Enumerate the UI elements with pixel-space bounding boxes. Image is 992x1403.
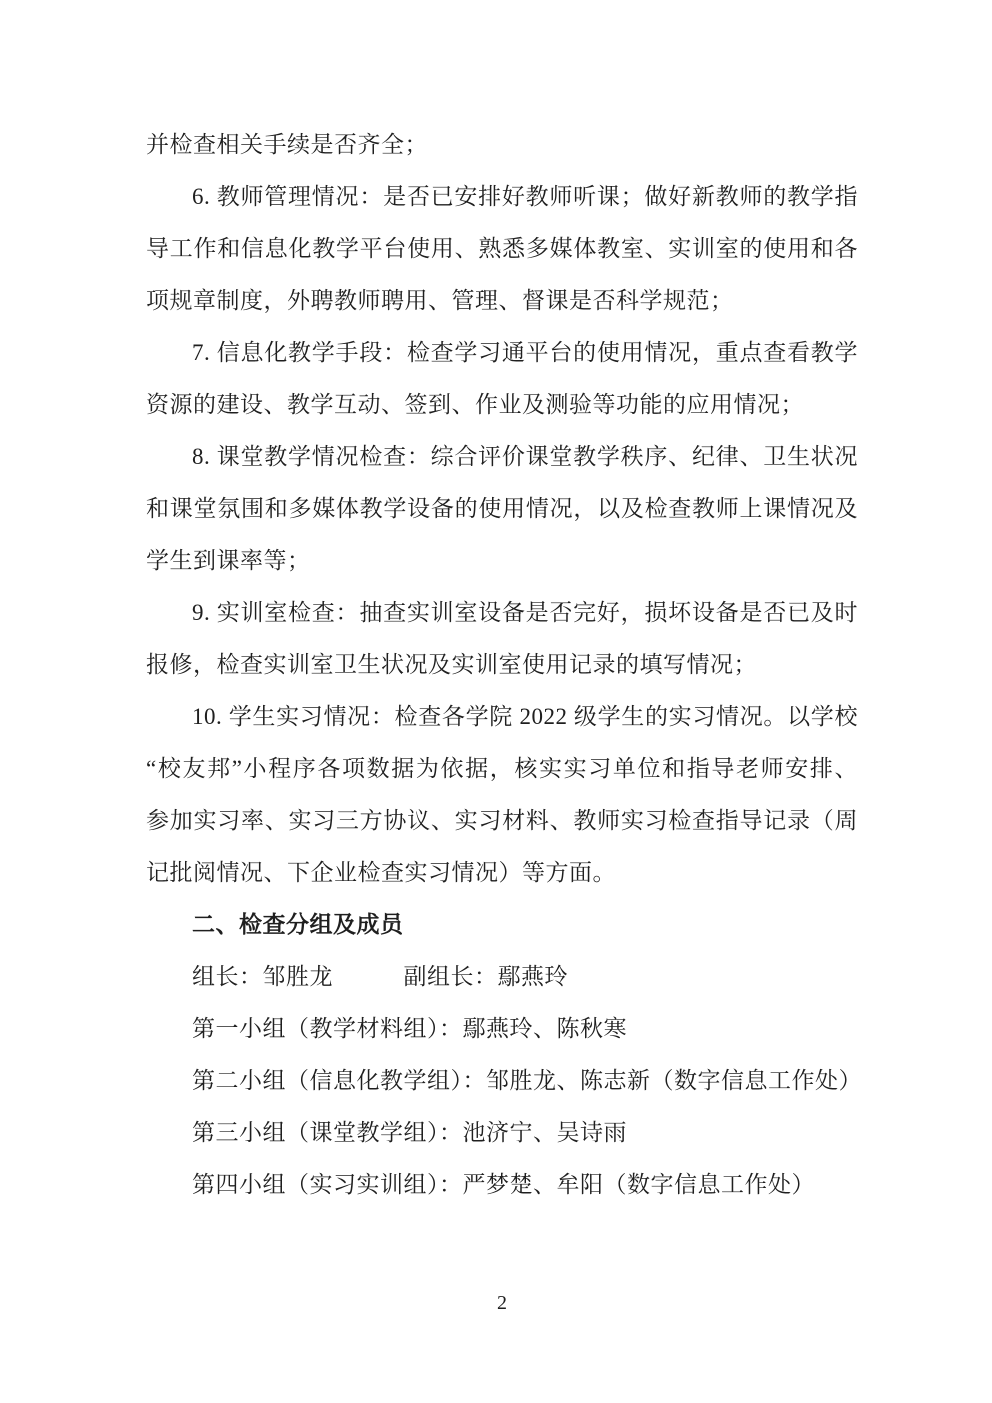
document-body: 并检查相关手续是否齐全；6. 教师管理情况：是否已安排好教师听课；做好新教师的教… [146, 119, 858, 1211]
text-line: 组长：邹胜龙 副组长：鄢燕玲 [146, 951, 858, 1003]
text-line: 8. 课堂教学情况检查：综合评价课堂教学秩序、纪律、卫生状况 [146, 431, 858, 483]
text-line: 第三小组（课堂教学组）：池济宁、吴诗雨 [146, 1107, 858, 1159]
text-line: 项规章制度，外聘教师聘用、管理、督课是否科学规范； [146, 275, 858, 327]
section-heading: 二、检查分组及成员 [146, 899, 858, 951]
text-line: “校友邦”小程序各项数据为依据，核实实习单位和指导老师安排、 [146, 743, 858, 795]
text-line: 资源的建设、教学互动、签到、作业及测验等功能的应用情况； [146, 379, 858, 431]
text-line: 并检查相关手续是否齐全； [146, 119, 858, 171]
text-line: 记批阅情况、下企业检查实习情况）等方面。 [146, 847, 858, 899]
text-line: 第四小组（实习实训组）：严梦楚、牟阳（数字信息工作处） [146, 1159, 858, 1211]
text-line: 第二小组（信息化教学组）：邹胜龙、陈志新（数字信息工作处） [146, 1055, 858, 1107]
text-line: 学生到课率等； [146, 535, 858, 587]
page-number: 2 [146, 1288, 858, 1318]
text-line: 导工作和信息化教学平台使用、熟悉多媒体教室、实训室的使用和各 [146, 223, 858, 275]
text-line: 6. 教师管理情况：是否已安排好教师听课；做好新教师的教学指 [146, 171, 858, 223]
text-line: 9. 实训室检查：抽查实训室设备是否完好，损坏设备是否已及时 [146, 587, 858, 639]
document-page: 并检查相关手续是否齐全；6. 教师管理情况：是否已安排好教师听课；做好新教师的教… [0, 0, 992, 1403]
text-line: 10. 学生实习情况：检查各学院 2022 级学生的实习情况。以学校 [146, 691, 858, 743]
text-line: 7. 信息化教学手段：检查学习通平台的使用情况，重点查看教学 [146, 327, 858, 379]
text-line: 报修，检查实训室卫生状况及实训室使用记录的填写情况； [146, 639, 858, 691]
text-line: 第一小组（教学材料组）：鄢燕玲、陈秋寒 [146, 1003, 858, 1055]
text-line: 和课堂氛围和多媒体教学设备的使用情况，以及检查教师上课情况及 [146, 483, 858, 535]
text-line: 参加实习率、实习三方协议、实习材料、教师实习检查指导记录（周 [146, 795, 858, 847]
